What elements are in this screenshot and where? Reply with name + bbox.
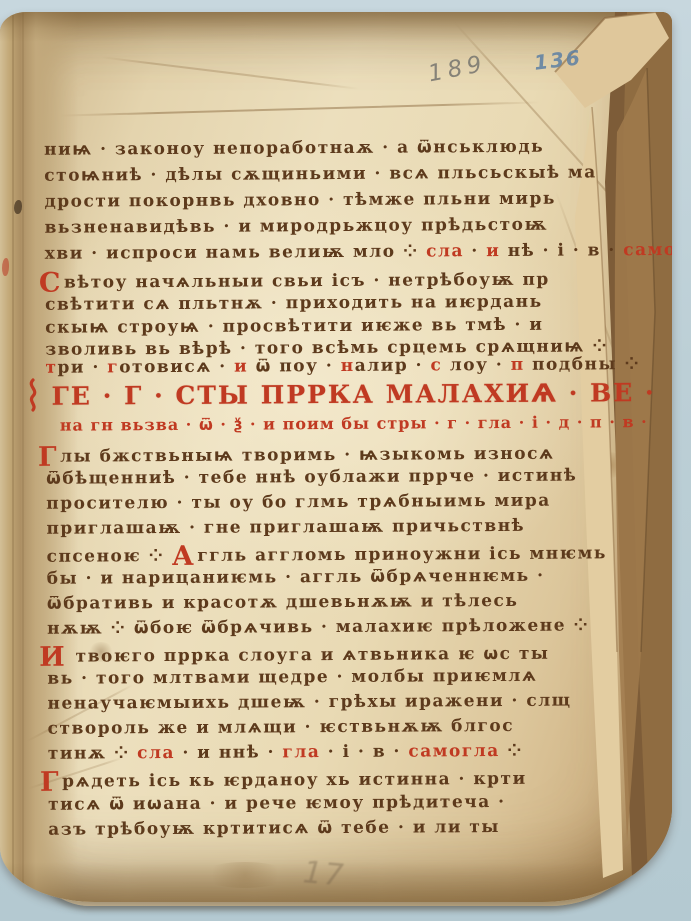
- text-segment: т: [45, 358, 57, 378]
- text-segment: подбны ⁘: [525, 354, 641, 375]
- text-segment: ѿбѣщенниѣ · тебе ннѣ оублажи пррче · ист…: [46, 466, 577, 489]
- manuscript-line: бы · и нарицаниѥмь · аггль ѿбрѧченнѥмь ·: [47, 566, 545, 589]
- text-segment: тисѧ ѿ иѡана · и рече ѥмоу прѣдитеча ·: [48, 792, 506, 815]
- text-segment: вѣтоу начѧльныи свьи ісъ · нетрѣбоуѭ пр: [64, 270, 550, 293]
- text-segment: бы · и нарицаниѥмь · аггль ѿбрѧченнѥмь ·: [47, 566, 545, 589]
- text-segment: сла: [137, 743, 175, 763]
- text-segment: скыѩ строуѩ · просвѣтити иѥже вь тмѣ · и: [45, 315, 543, 338]
- manuscript-line: ѿбѣщенниѣ · тебе ннѣ оублажи пррче · ист…: [46, 466, 577, 489]
- text-segment: на гн вьзва · ѿ · ѯ · и поим бы стры · г…: [60, 412, 648, 435]
- text-segment: само: [623, 240, 672, 260]
- text-segment: · і · в ·: [320, 742, 408, 763]
- text-segment: лы бжствьныѩ творимь · ѩзыкомь износѧ: [60, 444, 555, 467]
- text-segment: спсеноѥ ⁘: [47, 546, 172, 567]
- photo-background: 189 136 17 ниѩ · законоу непоработнаѫ · …: [0, 0, 691, 921]
- manuscript-line: просителю · ты оу бо глмь трѧбныимь мира: [46, 491, 551, 514]
- manuscript-line: ненаучаѥмыихь дшеѭ · грѣхы иражени · слщ: [47, 691, 571, 714]
- manuscript-line: стоѩниѣ · дѣлы сѫщиньими · всѧ пльсьскыѣ…: [44, 162, 597, 185]
- manuscript-line: створоль же и млѧщи · ѥствьнѫѭ блгос: [48, 716, 515, 739]
- text-segment: дрости покорнвь дховно · тѣмже пльни мир…: [44, 189, 556, 212]
- text-segment: ГЕ · Г · СТЫ ПРРКА МАЛАХИѦ · ВЕ ·: [52, 378, 656, 411]
- text-segment: ггль аггломь приноужни ісь мнѥмь: [197, 543, 607, 566]
- text-segment: п: [511, 355, 525, 375]
- text-segment: лоу ·: [442, 355, 511, 375]
- text-segment: нѫѭ ⁘ ѿбоѥ ѿбрѧчивь · малахиѥ прѣложене …: [47, 615, 589, 638]
- text-segment: ѿ поу ·: [248, 356, 341, 377]
- text-segment: твоѥго пррка слоуга и ѧтвьника ѥ ѡс ты: [68, 644, 549, 667]
- text-segment: ри ·: [57, 357, 107, 377]
- manuscript-line: скыѩ строуѩ · просвѣтити иѥже вь тмѣ · и: [45, 315, 543, 338]
- manuscript-line: тинѫ ⁘ сла · и ннѣ · гла · і · в · самог…: [48, 741, 523, 764]
- manuscript-line: азъ трѣбоуѭ кртитисѧ ѿ тебе · и ли ты: [48, 817, 500, 840]
- text-segment: ·: [464, 241, 486, 261]
- text-segment: нѣ · і · в ·: [500, 240, 623, 261]
- text-segment: ниѩ · законоу непоработнаѫ · а ѿнськлюдь: [44, 137, 544, 160]
- text-segment: ѿбративь и красотѫ дшевьнѫѭ и тѣлесь: [47, 591, 519, 614]
- manuscript-line: ниѩ · законоу непоработнаѫ · а ѿнськлюдь: [44, 137, 544, 160]
- text-segment: свѣтити сѧ пльтнѫ · приходить на иѥрдань: [45, 292, 543, 315]
- text-segment: отовисѧ ·: [119, 357, 234, 378]
- drop-cap-initial: Г: [40, 767, 60, 798]
- manuscript-line: три · готовисѧ · и ѿ поу · налир · с лоу…: [45, 354, 640, 378]
- text-segment: створоль же и млѧщи · ѥствьнѫѭ блгос: [48, 716, 515, 739]
- text-segment: н: [341, 356, 355, 376]
- manuscript-line: ГЕ · Г · СТЫ ПРРКА МАЛАХИѦ · ВЕ ·: [52, 378, 656, 411]
- manuscript-line: на гн вьзва · ѿ · ѯ · и поим бы стры · г…: [60, 412, 648, 435]
- text-segment: приглашаѭ · гне приглашаѭ причьствнѣ: [46, 516, 525, 539]
- manuscript-text: ниѩ · законоу непоработнаѫ · а ѿнськлюдь…: [0, 12, 672, 902]
- text-segment: г: [107, 357, 119, 377]
- parchment-page: 189 136 17 ниѩ · законоу непоработнаѫ · …: [0, 12, 672, 902]
- manuscript-line: вь · того млтвами щедре · молбы приѥмлѧ: [47, 666, 537, 689]
- text-segment: сла: [426, 241, 464, 261]
- manuscript-line: приглашаѭ · гне приглашаѭ причьствнѣ: [46, 516, 525, 539]
- text-segment: гла: [282, 742, 320, 762]
- manuscript-line: хви · испроси намь велиѭ мло ⁘ сла · и н…: [45, 240, 672, 264]
- manuscript-line: вьзненавидѣвь · и миродрьжцоу прѣдьстоѭ: [45, 215, 549, 238]
- text-segment: хви · испроси намь велиѭ мло ⁘: [45, 241, 426, 263]
- manuscript-line: свѣтити сѧ пльтнѫ · приходить на иѥрдань: [45, 292, 543, 315]
- text-segment: и: [486, 241, 500, 261]
- text-segment: рѧдеть ісь кь ѥрданоу хь истинна · крти: [62, 769, 527, 792]
- text-segment: и: [234, 357, 248, 377]
- text-segment: вьзненавидѣвь · и миродрьжцоу прѣдьстоѭ: [45, 215, 549, 238]
- text-segment: самогла: [408, 741, 500, 762]
- text-segment: вь · того млтвами щедре · молбы приѥмлѧ: [47, 666, 537, 689]
- manuscript-line: тисѧ ѿ иѡана · и рече ѥмоу прѣдитеча ·: [48, 792, 506, 815]
- text-segment: ненаучаѥмыихь дшеѭ · грѣхы иражени · слщ: [47, 691, 571, 714]
- text-segment: алир ·: [355, 355, 431, 375]
- text-segment: ⁘: [500, 741, 523, 761]
- text-segment: просителю · ты оу бо глмь трѧбныимь мира: [46, 491, 551, 514]
- manuscript-line: ѿбративь и красотѫ дшевьнѫѭ и тѣлесь: [47, 591, 519, 614]
- text-segment: · и ннѣ ·: [175, 742, 283, 763]
- text-segment: стоѩниѣ · дѣлы сѫщиньими · всѧ пльсьскыѣ…: [44, 162, 597, 185]
- manuscript-line: дрости покорнвь дховно · тѣмже пльни мир…: [44, 189, 556, 212]
- text-segment: с: [430, 355, 442, 375]
- text-segment: азъ трѣбоуѭ кртитисѧ ѿ тебе · и ли ты: [48, 817, 500, 840]
- text-segment: тинѫ ⁘: [48, 743, 137, 764]
- manuscript-line: нѫѭ ⁘ ѿбоѥ ѿбрѧчивь · малахиѥ прѣложене …: [47, 615, 589, 638]
